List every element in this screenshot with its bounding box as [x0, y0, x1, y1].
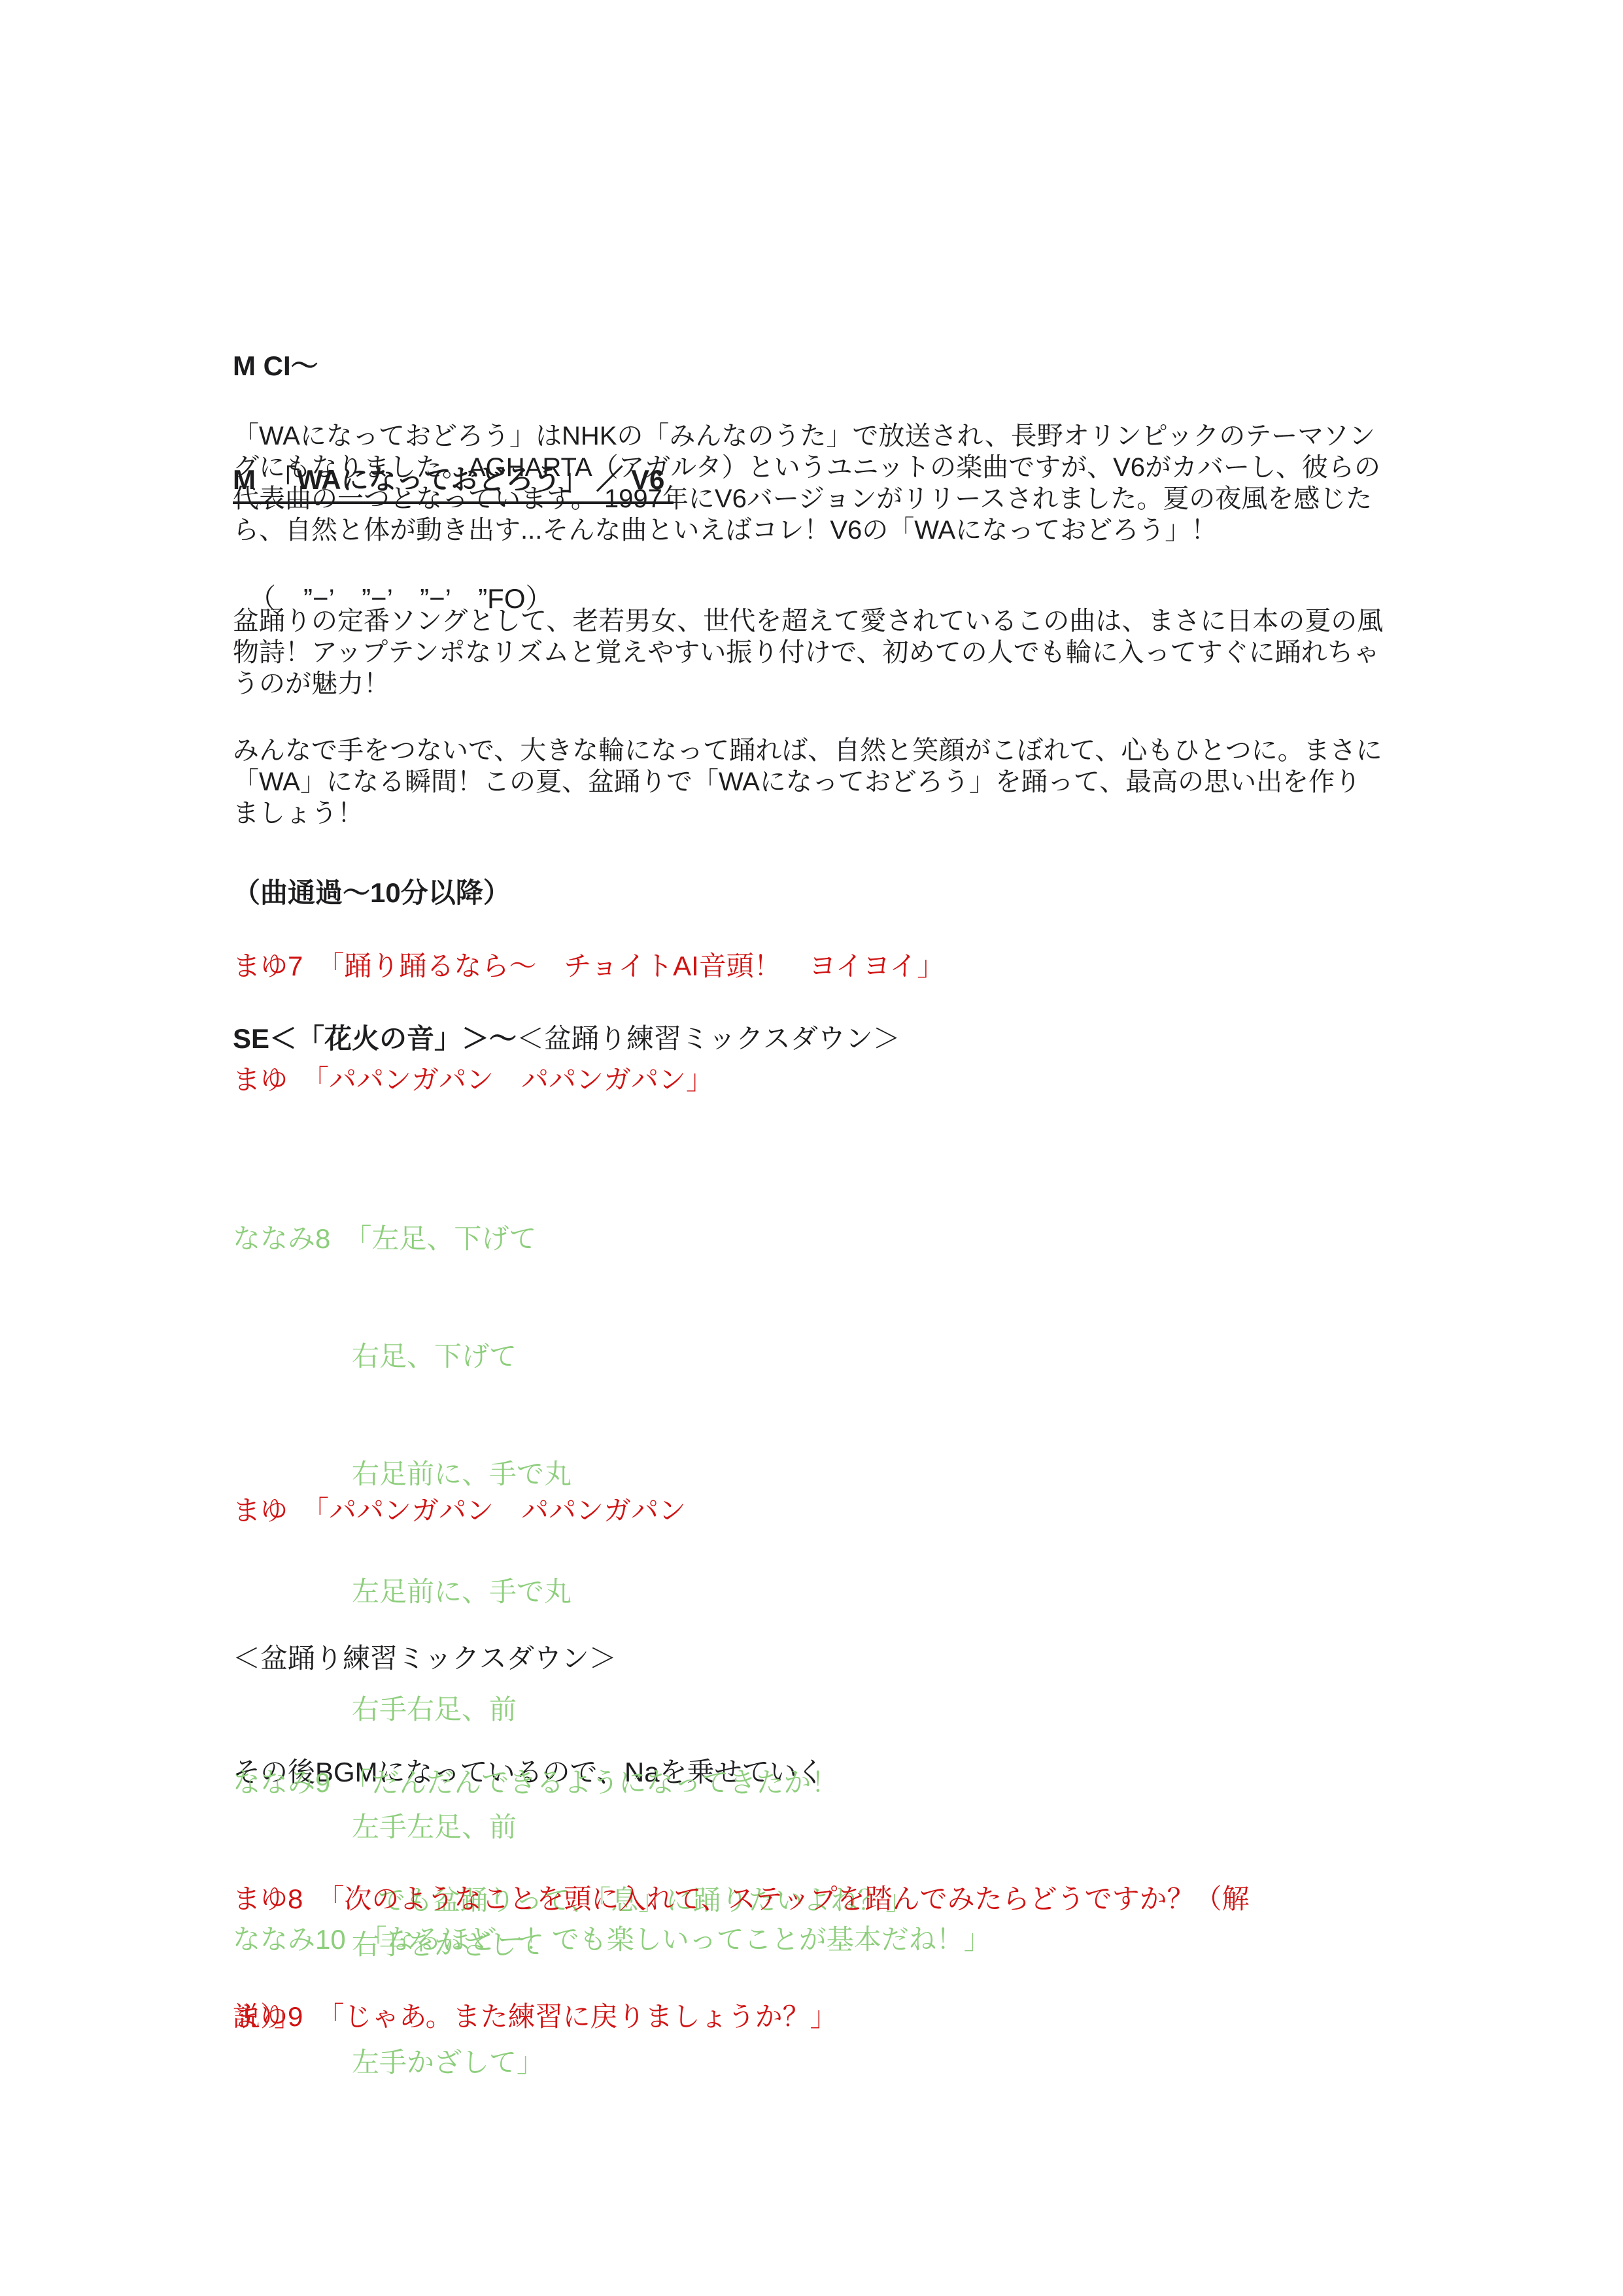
mayu8-line-1: まゆ8 「次のようなことを頭に入れて、ステップを踏んでみたらどうですか？（解 — [233, 1880, 1410, 1919]
nanami9-line-1: ななみ9 「だんだんできるようになってきたか！ — [233, 1763, 1410, 1802]
dialogue-mayu7: まゆ7 「踊り踊るなら～ チョイトAI音頭！ ヨイヨイ」 — [233, 947, 1410, 986]
dialogue-nanami10: ななみ10 「なるほどー！でも楽しいってことが基本だね！」 — [233, 1920, 1410, 1959]
nanami8-line-1: ななみ8 「左足、下げて — [233, 1219, 1410, 1258]
nanami8-line-3: 右足前に、手で丸 — [233, 1455, 1410, 1494]
nanami8-line-2: 右足、下げて — [233, 1337, 1410, 1376]
script-document-page: M CI～ M 「WAになっておどろう」 ／ V6 （ ”−’ ”−’ ”−’ … — [0, 0, 1623, 2296]
dialogue-mayu-papan-2: まゆ 「パパンガパン パパンガパン — [233, 1491, 1410, 1530]
dialogue-mayu-papan-1: まゆ 「パパンガパン パパンガパン」 — [233, 1060, 1410, 1100]
se-cue-regular: ＜盆踊り練習ミックスダウン＞ — [517, 1023, 900, 1054]
se-cue-bold: SE＜「花火の音」＞～ — [233, 1023, 517, 1054]
se-cue-line: SE＜「花火の音」＞～＜盆踊り練習ミックスダウン＞ — [233, 1019, 1410, 1058]
music-cue-intro: M CI～ — [233, 347, 1410, 385]
paragraph-song-intro: 「WAになっておどろう」はNHKの「みんなのうた」で放送され、長野オリンピックの… — [233, 420, 1384, 546]
paragraph-bon-odori: 盆踊りの定番ソングとして、老若男女、世代を超えて愛されているこの曲は、まさに日本… — [233, 605, 1384, 700]
paragraph-wa-moment: みんなで手をつないで、大きな輪になって踊れば、自然と笑顔がこぼれて、心もひとつに… — [233, 735, 1384, 829]
dialogue-mayu9: まゆ9 「じゃあ。また練習に戻りましょうか？」 — [233, 1997, 1410, 2036]
mixdown-heading: ＜盆踊り練習ミックスダウン＞ — [233, 1640, 1410, 1678]
elapsed-time-heading: （曲通過～10分以降） — [233, 874, 1410, 912]
